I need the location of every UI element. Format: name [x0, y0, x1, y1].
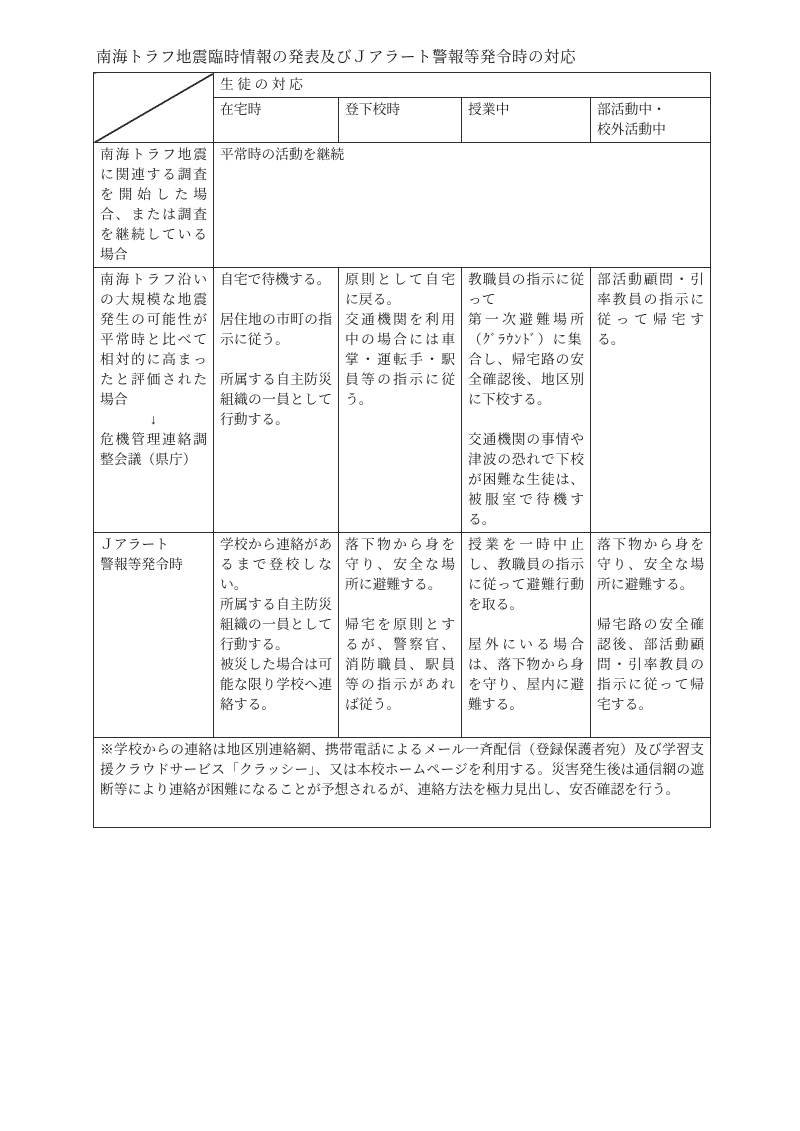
j-alert-in-class-cell: 授業を一時中止し、教職員の指示に従って避難行動を取る。 屋外にいる場合は、落下物… — [462, 533, 591, 738]
row-major-quake-risk: 南海トラフ沿いの大規模な地震発生の可能性が平常時と比べて相対的に高まったと評価さ… — [94, 268, 711, 533]
major-quake-commuting-cell: 原則として自宅に戻る。 交通機関を利用中の場合には車掌・運転手・駅員等の指示に従… — [339, 268, 462, 533]
contact-note-cell: ※学校からの連絡は地区別連絡網、携帯電話によるメール一斉配信（登録保護者宛）及び… — [94, 738, 711, 828]
column-header-club-activity: 部活動中・ 校外活動中 — [591, 98, 711, 143]
row-note: ※学校からの連絡は地区別連絡網、携帯電話によるメール一斉配信（登録保護者宛）及び… — [94, 738, 711, 828]
crisis-management-meeting-text: 危機管理連絡調整会議（県庁） — [100, 430, 207, 470]
j-alert-at-home-cell: 学校から連絡があるまで登校しない。 所属する自主防災組織の一員として行動する。 … — [214, 533, 339, 738]
column-header-in-class: 授業中 — [462, 98, 591, 143]
major-quake-in-class-cell: 教職員の指示に従って 第一次避難場所（ｸﾞﾗｳﾝﾄﾞ）に集合し、帰宅路の安全確認… — [462, 268, 591, 533]
document-title: 南海トラフ地震臨時情報の発表及びＪアラート警報等発令時の対応 — [96, 45, 576, 67]
major-quake-at-home-cell: 自宅で待機する。 居住地の市町の指示に従う。 所属する自主防災組織の一員として行… — [214, 268, 339, 533]
column-header-at-home: 在宅時 — [214, 98, 339, 143]
normal-activity-cell: 平常時の活動を継続 — [214, 143, 711, 268]
j-alert-commuting-cell: 落下物から身を守り、安全な場所に避難する。 帰宅を原則とするが、警察官、消防職員… — [339, 533, 462, 738]
response-table: 生 徒 の 対 応 在宅時 登下校時 授業中 部活動中・ 校外活動中 南海トラフ… — [93, 72, 711, 828]
document-page: 南海トラフ地震臨時情報の発表及びＪアラート警報等発令時の対応 生 徒 の 対 応… — [0, 0, 800, 1131]
column-header-commuting: 登下校時 — [339, 98, 462, 143]
situation-j-alert-cell: Ｊアラート 警報等発令時 — [94, 533, 214, 738]
situation-survey-cell: 南海トラフ地震に関連する調査を開始した場合、または調査を継続している場合 — [94, 143, 214, 268]
down-arrow-icon: ↓ — [100, 410, 207, 430]
situation-major-quake-text: 南海トラフ沿いの大規模な地震発生の可能性が平常時と比べて相対的に高まったと評価さ… — [100, 270, 207, 410]
diagonal-header-cell — [94, 73, 214, 143]
major-quake-club-activity-cell: 部活動顧問・引率教員の指示に従って帰宅する。 — [591, 268, 711, 533]
row-j-alert: Ｊアラート 警報等発令時 学校から連絡があるまで登校しない。 所属する自主防災組… — [94, 533, 711, 738]
row-survey-started: 南海トラフ地震に関連する調査を開始した場合、または調査を継続している場合 平常時… — [94, 143, 711, 268]
header-row-group: 生 徒 の 対 応 — [94, 73, 711, 98]
j-alert-club-activity-cell: 落下物から身を守り、安全な場所に避難する。 帰宅路の安全確認後、部活動顧問・引率… — [591, 533, 711, 738]
situation-major-quake-cell: 南海トラフ沿いの大規模な地震発生の可能性が平常時と比べて相対的に高まったと評価さ… — [94, 268, 214, 533]
column-group-header: 生 徒 の 対 応 — [214, 73, 711, 98]
